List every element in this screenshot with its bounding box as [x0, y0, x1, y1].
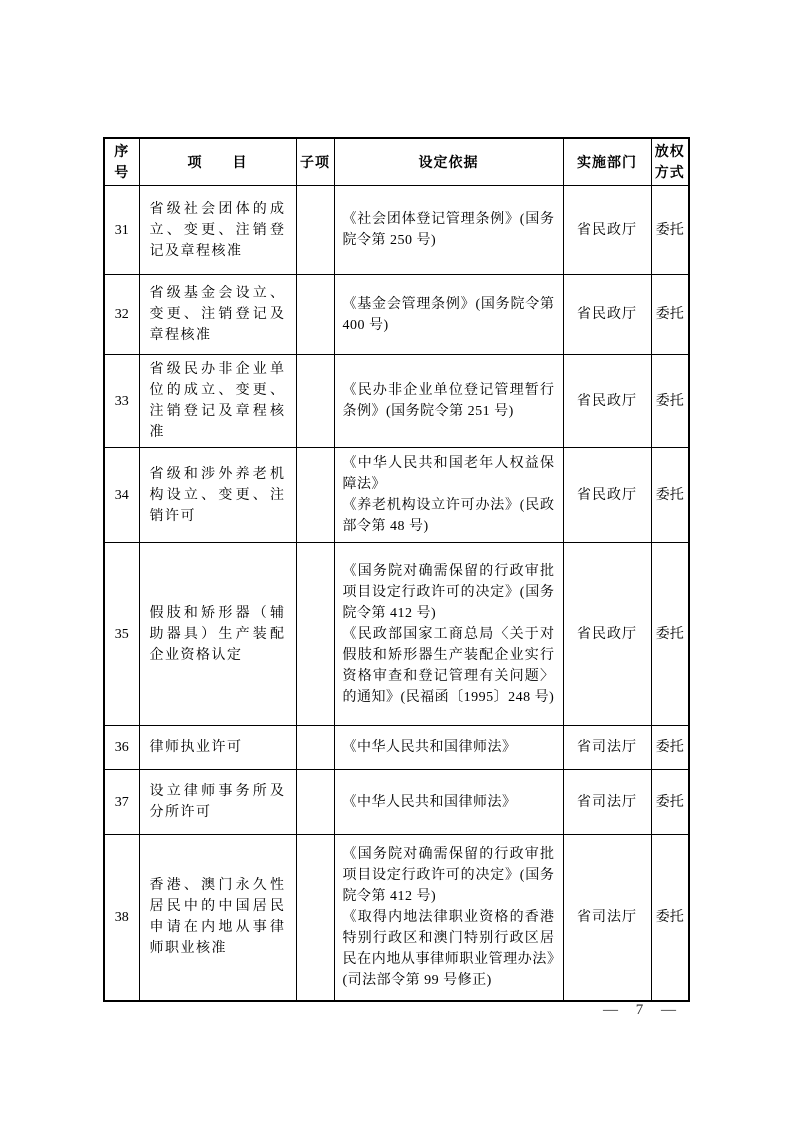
basis-line: 《社会团体登记管理条例》(国务院令第 250 号) [343, 209, 555, 251]
method-cell: 委托 [651, 186, 689, 275]
table-row: 33 省级民办非企业单位的成立、变更、注销登记及章程核准 《民办非企业单位登记管… [104, 355, 689, 448]
department-cell: 省民政厅 [563, 186, 651, 275]
subitem-cell [296, 543, 334, 726]
basis-line: 《民政部国家工商总局〈关于对假肢和矫形器生产装配企业实行资格审查和登记管理有关问… [343, 624, 555, 708]
method-cell: 委托 [651, 770, 689, 835]
basis-line: 《基金会管理条例》(国务院令第 400 号) [343, 294, 555, 336]
table-row: 36 律师执业许可 《中华人民共和国律师法》 省司法厅 委托 [104, 726, 689, 770]
basis-cell: 《国务院对确需保留的行政审批项目设定行政许可的决定》(国务院令第 412 号)《… [334, 543, 563, 726]
col-header-method: 放权方式 [651, 138, 689, 186]
table-header: 序号 项 目 子项 设定依据 实施部门 放权方式 [104, 138, 689, 186]
basis-line: 《国务院对确需保留的行政审批项目设定行政许可的决定》(国务院令第 412 号) [343, 844, 555, 907]
method-cell: 委托 [651, 275, 689, 355]
basis-line: 《国务院对确需保留的行政审批项目设定行政许可的决定》(国务院令第 412 号) [343, 561, 555, 624]
subitem-cell [296, 186, 334, 275]
department-cell: 省民政厅 [563, 448, 651, 543]
col-header-subitem: 子项 [296, 138, 334, 186]
department-cell: 省司法厅 [563, 835, 651, 1001]
item-cell: 省级民办非企业单位的成立、变更、注销登记及章程核准 [139, 355, 296, 448]
basis-line: 《养老机构设立许可办法》(民政部令第 48 号) [343, 495, 555, 537]
row-number-cell: 35 [104, 543, 139, 726]
basis-cell: 《社会团体登记管理条例》(国务院令第 250 号) [334, 186, 563, 275]
col-header-item: 项 目 [139, 138, 296, 186]
table-row: 35 假肢和矫形器（辅助器具）生产装配企业资格认定 《国务院对确需保留的行政审批… [104, 543, 689, 726]
department-cell: 省民政厅 [563, 275, 651, 355]
table-row: 34 省级和涉外养老机构设立、变更、注销许可 《中华人民共和国老年人权益保障法》… [104, 448, 689, 543]
method-cell: 委托 [651, 448, 689, 543]
item-cell: 省级基金会设立、变更、注销登记及章程核准 [139, 275, 296, 355]
table-body: 31 省级社会团体的成立、变更、注销登记及章程核准 《社会团体登记管理条例》(国… [104, 186, 689, 1001]
col-header-number: 序号 [104, 138, 139, 186]
row-number-cell: 38 [104, 835, 139, 1001]
item-cell: 律师执业许可 [139, 726, 296, 770]
basis-cell: 《中华人民共和国律师法》 [334, 770, 563, 835]
department-cell: 省民政厅 [563, 543, 651, 726]
subitem-cell [296, 448, 334, 543]
basis-cell: 《国务院对确需保留的行政审批项目设定行政许可的决定》(国务院令第 412 号)《… [334, 835, 563, 1001]
department-cell: 省民政厅 [563, 355, 651, 448]
col-header-department: 实施部门 [563, 138, 651, 186]
page-number: — 7 — [583, 1002, 698, 1019]
basis-cell: 《中华人民共和国律师法》 [334, 726, 563, 770]
method-cell: 委托 [651, 726, 689, 770]
basis-cell: 《中华人民共和国老年人权益保障法》《养老机构设立许可办法》(民政部令第 48 号… [334, 448, 563, 543]
method-cell: 委托 [651, 835, 689, 1001]
subitem-cell [296, 726, 334, 770]
item-cell: 香港、澳门永久性居民中的中国居民申请在内地从事律师职业核准 [139, 835, 296, 1001]
basis-line: 《中华人民共和国律师法》 [343, 737, 555, 758]
basis-line: 《中华人民共和国律师法》 [343, 792, 555, 813]
basis-cell: 《民办非企业单位登记管理暂行条例》(国务院令第 251 号) [334, 355, 563, 448]
item-cell: 假肢和矫形器（辅助器具）生产装配企业资格认定 [139, 543, 296, 726]
row-number-cell: 34 [104, 448, 139, 543]
subitem-cell [296, 355, 334, 448]
row-number-cell: 31 [104, 186, 139, 275]
table-row: 31 省级社会团体的成立、变更、注销登记及章程核准 《社会团体登记管理条例》(国… [104, 186, 689, 275]
header-row: 序号 项 目 子项 设定依据 实施部门 放权方式 [104, 138, 689, 186]
table-row: 32 省级基金会设立、变更、注销登记及章程核准 《基金会管理条例》(国务院令第 … [104, 275, 689, 355]
department-cell: 省司法厅 [563, 770, 651, 835]
subitem-cell [296, 770, 334, 835]
basis-cell: 《基金会管理条例》(国务院令第 400 号) [334, 275, 563, 355]
row-number-cell: 37 [104, 770, 139, 835]
item-cell: 省级社会团体的成立、变更、注销登记及章程核准 [139, 186, 296, 275]
basis-line: 《民办非企业单位登记管理暂行条例》(国务院令第 251 号) [343, 380, 555, 422]
subitem-cell [296, 275, 334, 355]
delegation-items-table: 序号 项 目 子项 设定依据 实施部门 放权方式 31 省级社会团体的成立、变更… [103, 137, 690, 1002]
basis-line: 《取得内地法律职业资格的香港特别行政区和澳门特别行政区居民在内地从事律师职业管理… [343, 907, 555, 991]
table-row: 37 设立律师事务所及分所许可 《中华人民共和国律师法》 省司法厅 委托 [104, 770, 689, 835]
method-cell: 委托 [651, 543, 689, 726]
table-row: 38 香港、澳门永久性居民中的中国居民申请在内地从事律师职业核准 《国务院对确需… [104, 835, 689, 1001]
row-number-cell: 32 [104, 275, 139, 355]
row-number-cell: 36 [104, 726, 139, 770]
col-header-basis: 设定依据 [334, 138, 563, 186]
item-cell: 设立律师事务所及分所许可 [139, 770, 296, 835]
subitem-cell [296, 835, 334, 1001]
department-cell: 省司法厅 [563, 726, 651, 770]
method-cell: 委托 [651, 355, 689, 448]
item-cell: 省级和涉外养老机构设立、变更、注销许可 [139, 448, 296, 543]
document-page: 序号 项 目 子项 设定依据 实施部门 放权方式 31 省级社会团体的成立、变更… [0, 0, 793, 1123]
basis-line: 《中华人民共和国老年人权益保障法》 [343, 453, 555, 495]
row-number-cell: 33 [104, 355, 139, 448]
